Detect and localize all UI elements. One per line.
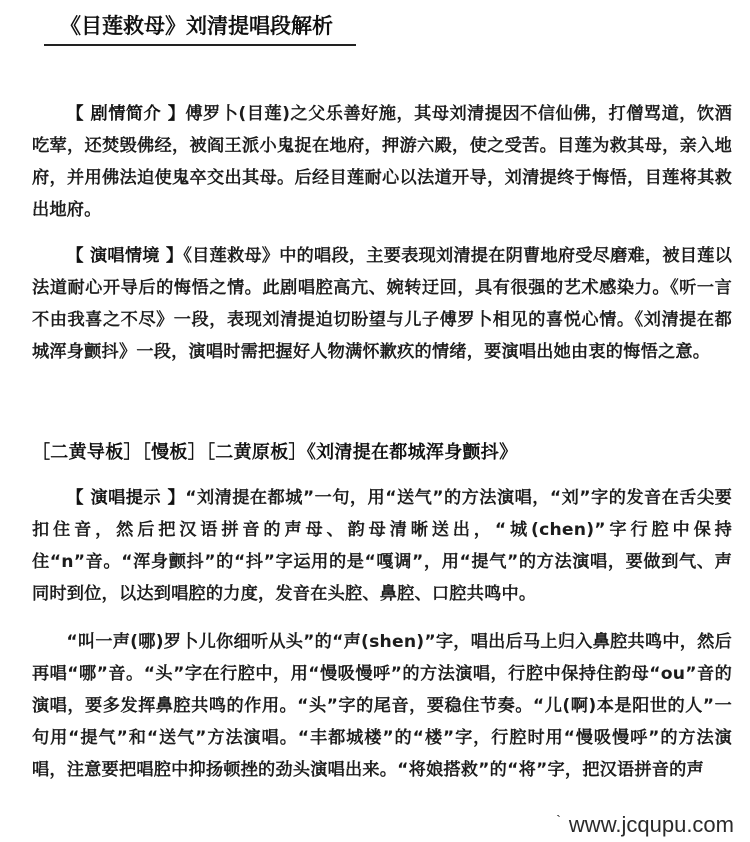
watermark-text: www.jcqupu.com: [569, 812, 734, 837]
context-tag: 【 演唱情境 】: [66, 246, 183, 266]
tips-continued-paragraph: “叫一声(哪)罗卜儿你细听从头”的“声(shen)”字，唱出后马上归入鼻腔共鸣中…: [32, 626, 732, 786]
context-paragraph: 【 演唱情境 】《目莲救母》中的唱段，主要表现刘清提在阴曹地府受尽磨难，被目莲以…: [32, 240, 732, 368]
title-underline: 《目莲救母》刘清提唱段解析: [44, 10, 356, 46]
aria-heading: ［二黄导板］［慢板］［二黄原板］《刘清提在都城浑身颤抖》: [32, 438, 517, 464]
tips-tag: 【 演唱提示 】: [66, 488, 185, 508]
synopsis-tag: 【 剧情简介 】: [66, 104, 185, 124]
watermark: `www.jcqupu.com: [556, 812, 734, 838]
tips-paragraph: 【 演唱提示 】“刘清提在都城”一句，用“送气”的方法演唱，“刘”字的发音在舌尖…: [32, 482, 732, 610]
page-title: 《目莲救母》刘清提唱段解析: [44, 10, 356, 40]
aria-tempo-tags: ［二黄导板］［慢板］［二黄原板］: [32, 442, 307, 463]
aria-name: 《刘清提在都城浑身颤抖》: [307, 442, 518, 463]
tips-continued-text: “叫一声(哪)罗卜儿你细听从头”的“声(shen)”字，唱出后马上归入鼻腔共鸣中…: [32, 632, 732, 780]
document-page: 《目莲救母》刘清提唱段解析 【 剧情简介 】傅罗卜(目莲)之父乐善好施，其母刘清…: [0, 0, 750, 842]
tick-mark: `: [556, 812, 561, 828]
synopsis-paragraph: 【 剧情简介 】傅罗卜(目莲)之父乐善好施，其母刘清提因不信仙佛，打僧骂道，饮酒…: [32, 98, 732, 226]
